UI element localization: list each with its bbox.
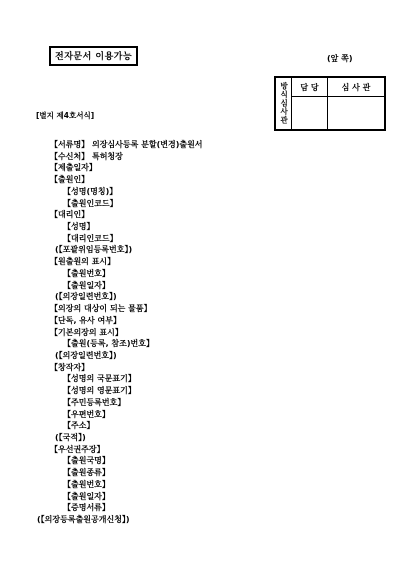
- form-field-line: 【주소】: [0, 420, 400, 432]
- form-fields: 【서류명】 의장심사등록 분할(변경)출원서【수신처】 특허청장【제출일자】【출…: [0, 139, 400, 526]
- form-field-line: (【의장등록출원공개신청】): [0, 514, 400, 526]
- form-field-line: 【출원종류】: [0, 467, 400, 479]
- form-field-line: 【증명서류】: [0, 502, 400, 514]
- form-field-line: (【의장일련번호】): [0, 291, 400, 303]
- form-field-line: (【포괄위임등록번호】): [0, 244, 400, 256]
- stamp-cell-empty: [328, 97, 384, 129]
- form-field-line: (【국적】): [0, 432, 400, 444]
- formality-examiner-vertical-label: 방식심사관: [276, 78, 292, 129]
- formality-examination-stamp-table: 방식심사관 담 당 심 사 관: [274, 76, 386, 131]
- form-field-line: 【단독, 유사 여부】: [0, 315, 400, 327]
- form-field-line: 【출원국명】: [0, 455, 400, 467]
- form-field-line: 【우편번호】: [0, 409, 400, 421]
- form-field-line: 【주민등록번호】: [0, 397, 400, 409]
- form-field-line: 【제출일자】: [0, 162, 400, 174]
- form-field-line: (【의장일련번호】): [0, 350, 400, 362]
- form-field-line: 【출원일자】: [0, 491, 400, 503]
- form-field-line: 【성명(명칭)】: [0, 186, 400, 198]
- electronic-document-badge: 전자문서 이용가능: [49, 46, 138, 66]
- stamp-cell-empty: [292, 97, 328, 129]
- form-page: 전자문서 이용가능 (앞 쪽) 방식심사관 담 당 심 사 관 [별지 제4호서…: [0, 0, 400, 565]
- form-field-line: 【대리인】: [0, 209, 400, 221]
- stamp-column-header-damdang: 담 당: [292, 78, 328, 97]
- form-field-line: 【원출원의 표시】: [0, 256, 400, 268]
- form-field-line: 【성명】: [0, 221, 400, 233]
- form-field-line: 【출원인코드】: [0, 198, 400, 210]
- form-field-line: 【출원(등록, 참조)번호】: [0, 338, 400, 350]
- form-reference: [별지 제4호서식]: [36, 110, 94, 121]
- form-field-line: 【기본의장의 표시】: [0, 327, 400, 339]
- form-field-line: 【창작자】: [0, 362, 400, 374]
- stamp-column-header-examiner: 심 사 관: [328, 78, 384, 97]
- form-field-line: 【성명의 국문표기】: [0, 373, 400, 385]
- form-field-line: 【우선권주장】: [0, 444, 400, 456]
- form-field-line: 【출원번호】: [0, 268, 400, 280]
- form-field-line: 【대리인코드】: [0, 233, 400, 245]
- front-side-note: (앞 쪽): [327, 53, 353, 64]
- form-field-line: 【서류명】 의장심사등록 분할(변경)출원서: [0, 139, 400, 151]
- form-field-line: 【출원번호】: [0, 479, 400, 491]
- form-field-line: 【출원인】: [0, 174, 400, 186]
- form-field-line: 【출원일자】: [0, 280, 400, 292]
- form-field-line: 【수신처】 특허청장: [0, 151, 400, 163]
- form-field-line: 【의장의 대상이 되는 물품】: [0, 303, 400, 315]
- form-field-line: 【성명의 영문표기】: [0, 385, 400, 397]
